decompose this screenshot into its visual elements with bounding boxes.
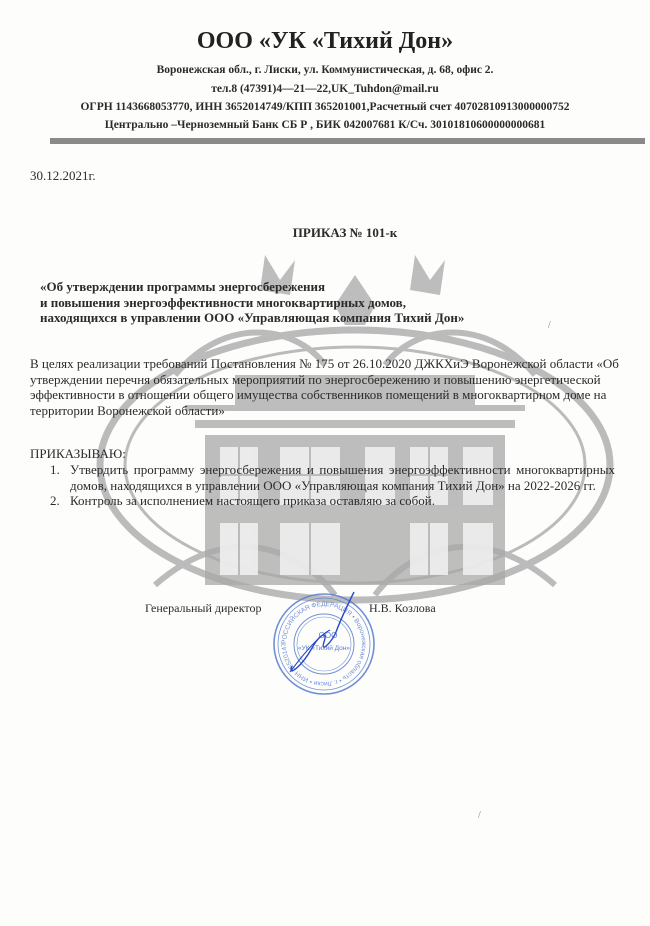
company-name: ООО «УК «Тихий Дон» [0, 28, 650, 55]
orders-heading: ПРИКАЗЫВАЮ: [30, 446, 126, 462]
signatory-role: Генеральный директор [145, 601, 262, 616]
document-date: 30.12.2021г. [30, 168, 96, 184]
scan-artifact: / [478, 810, 481, 821]
order-title: ПРИКАЗ № 101-к [0, 225, 650, 241]
letterhead-divider [50, 138, 645, 144]
company-contacts: тел.8 (47391)4—21—22,UK_Tuhdon@mail.ru [0, 80, 650, 99]
order-item-number: 1. [50, 462, 70, 493]
scan-artifact: / [548, 320, 551, 331]
order-item: 2. Контроль за исполнением настоящего пр… [50, 493, 615, 509]
svg-text:«УК «Тихий Дон»: «УК «Тихий Дон» [298, 644, 350, 652]
company-stamp-icon: РОССИЙСКАЯ ФЕДЕРАЦИЯ • Воронежская облас… [262, 586, 382, 698]
company-registration: ОГРН 1143668053770, ИНН 3652014749/КПП 3… [0, 98, 650, 117]
orders-list: 1. Утвердить программу энергосбережения … [50, 462, 615, 509]
subject-line: находящихся в управлении ООО «Управляюща… [40, 310, 464, 326]
order-item-text: Утвердить программу энергосбережения и п… [70, 462, 615, 493]
order-item: 1. Утвердить программу энергосбережения … [50, 462, 615, 493]
company-bank-details: Центрально –Черноземный Банк СБ Р , БИК … [0, 116, 650, 135]
order-subject: «Об утверждении программы энергосбережен… [40, 279, 464, 326]
order-item-text: Контроль за исполнением настоящего прика… [70, 493, 435, 509]
subject-line: «Об утверждении программы энергосбережен… [40, 279, 464, 295]
order-item-number: 2. [50, 493, 70, 509]
order-preamble: В целях реализации требований Постановле… [30, 356, 625, 418]
company-address: Воронежская обл., г. Лиски, ул. Коммунис… [0, 61, 650, 80]
subject-line: и повышения энергоэффективности многоква… [40, 295, 464, 311]
